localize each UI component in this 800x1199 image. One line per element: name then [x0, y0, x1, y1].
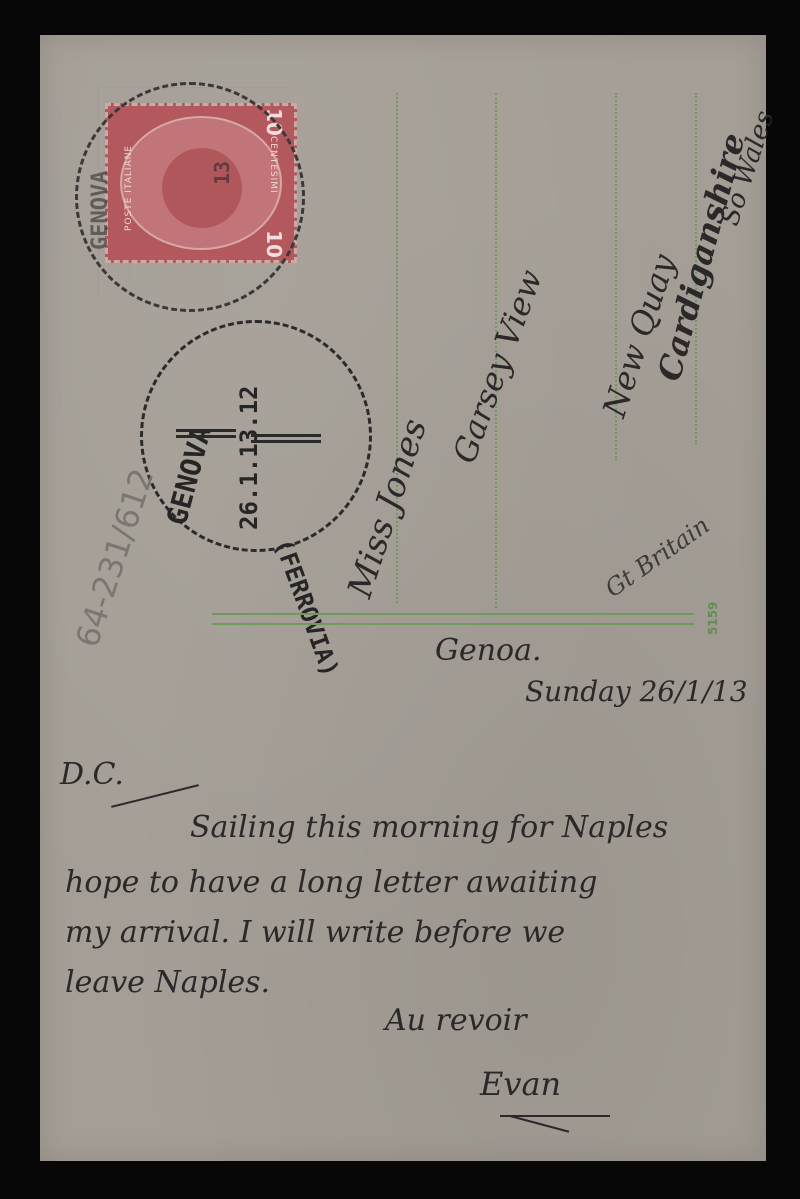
divider-line-top [212, 613, 694, 615]
message-date: Sunday 26/1/13 [525, 675, 748, 708]
message-salutation: D.C. [60, 757, 124, 792]
message-place: Genoa. [435, 633, 542, 668]
message-line-1: Sailing this morning for Naples [190, 810, 668, 845]
pencil-reference-number: 64-231/612 [68, 464, 161, 652]
message-line-2: hope to have a long letter awaiting [65, 865, 597, 900]
divider-line-bottom [212, 623, 694, 625]
postmark-subtitle: (FERROVIA) [269, 535, 345, 680]
postmark-over-stamp-text: GENOVA [88, 171, 113, 250]
signature-flourish-tick [511, 1115, 569, 1132]
postmark-date: 26.1.13.12 [235, 386, 263, 531]
address-house: Garsey View [445, 265, 550, 468]
message-line-4: leave Naples. [65, 965, 270, 1000]
message-closing: Au revoir [385, 1003, 527, 1038]
postmark-bars-right [251, 434, 321, 446]
postmark-bars-left [176, 429, 236, 441]
print-number: 5159 [706, 602, 720, 635]
salutation-underline [111, 784, 199, 808]
message-line-3: my arrival. I will write before we [65, 915, 565, 950]
postmark-over-stamp-date: 13 [210, 161, 234, 185]
address-country-label: Gt Britain [600, 511, 715, 603]
message-signature: Evan [480, 1065, 561, 1103]
postcard: 10 10 POSTE ITALIANE CENTESIMI GENOVA 13… [40, 35, 766, 1161]
